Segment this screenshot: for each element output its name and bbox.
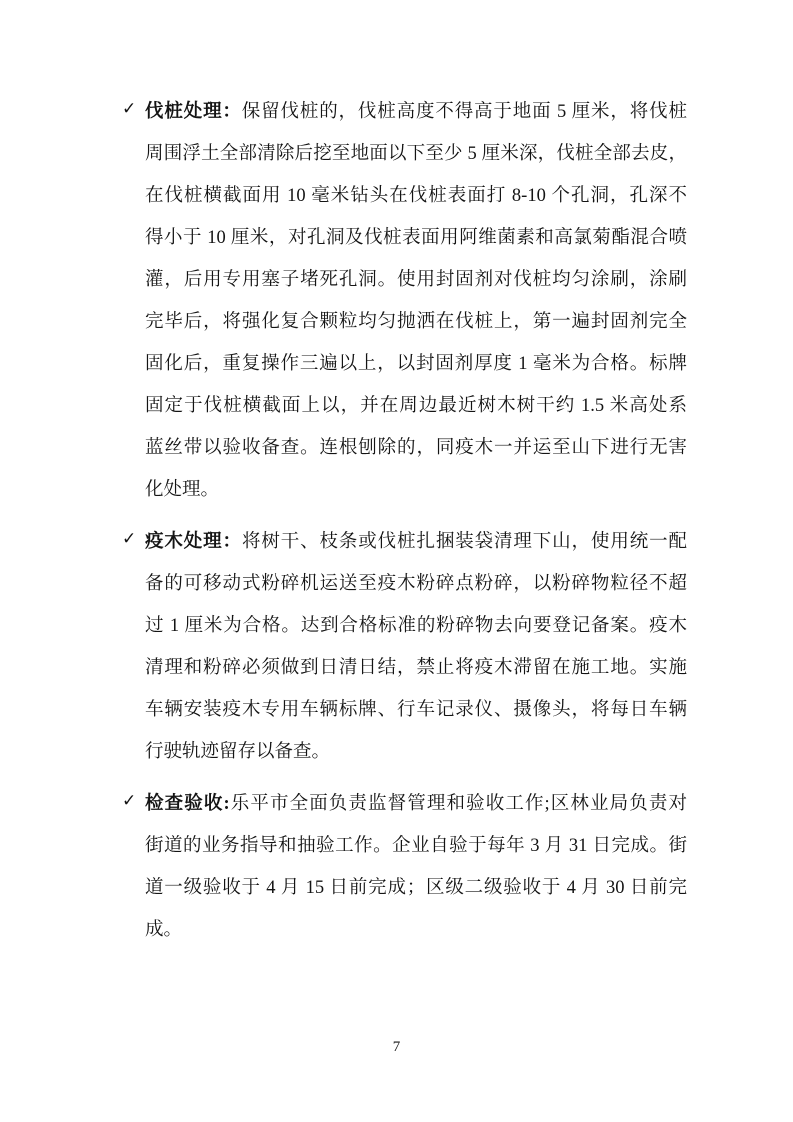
text-line: 道一级验收于 4 月 15 日前完成；区级二级验收于 4 月 30 日前完 <box>145 867 687 909</box>
text-run: 将树干、枝条或伐桩扎捆装袋清理下山，使用统一配 <box>242 532 687 552</box>
text-run: 乐平市全面负责监督管理和验收工作;区林业局负责对 <box>230 794 687 814</box>
text-line: 周围浮土全部清除后挖至地面以下至少 5 厘米深，伐桩全部去皮， <box>145 133 687 175</box>
list-item: ✓ 检查验收:乐平市全面负责监督管理和验收工作;区林业局负责对 街道的业务指导和… <box>0 783 793 951</box>
list-item-text: 伐桩处理：保留伐桩的，伐桩高度不得高于地面 5 厘米，将伐桩 周围浮土全部清除后… <box>145 91 687 511</box>
check-icon: ✓ <box>122 531 136 548</box>
text-line: 蓝丝带以验收备查。连根刨除的，同疫木一并运至山下进行无害 <box>145 427 687 469</box>
text-line: 化处理。 <box>145 469 687 511</box>
list-item-heading: 检查验收: <box>145 794 230 814</box>
text-line: 固定于伐桩横截面上以，并在周边最近树木树干约 1.5 米高处系 <box>145 385 687 427</box>
check-icon: ✓ <box>122 793 136 810</box>
text-line: 过 1 厘米为合格。达到合格标准的粉碎物去向要登记备案。疫木 <box>145 605 687 647</box>
list-item: ✓ 疫木处理：将树干、枝条或伐桩扎捆装袋清理下山，使用统一配 备的可移动式粉碎机… <box>0 521 793 773</box>
list-item-text: 疫木处理：将树干、枝条或伐桩扎捆装袋清理下山，使用统一配 备的可移动式粉碎机运送… <box>145 521 687 773</box>
text-run: 保留伐桩的，伐桩高度不得高于地面 5 厘米，将伐桩 <box>242 102 687 122</box>
list-item-heading: 伐桩处理： <box>145 102 242 122</box>
list-item: ✓ 伐桩处理：保留伐桩的，伐桩高度不得高于地面 5 厘米，将伐桩 周围浮土全部清… <box>0 91 793 511</box>
text-line: 完毕后，将强化复合颗粒均匀抛洒在伐桩上，第一遍封固剂完全 <box>145 301 687 343</box>
text-line: 得小于 10 厘米，对孔洞及伐桩表面用阿维菌素和高氯菊酯混合喷 <box>145 217 687 259</box>
page-content: ✓ 伐桩处理：保留伐桩的，伐桩高度不得高于地面 5 厘米，将伐桩 周围浮土全部清… <box>0 91 793 961</box>
text-line: 备的可移动式粉碎机运送至疫木粉碎点粉碎，以粉碎物粒径不超 <box>145 563 687 605</box>
document-page: ✓ 伐桩处理：保留伐桩的，伐桩高度不得高于地面 5 厘米，将伐桩 周围浮土全部清… <box>0 0 793 1122</box>
text-line: 检查验收:乐平市全面负责监督管理和验收工作;区林业局负责对 <box>145 783 687 825</box>
text-line: 疫木处理：将树干、枝条或伐桩扎捆装袋清理下山，使用统一配 <box>145 521 687 563</box>
check-icon: ✓ <box>122 101 136 118</box>
list-item-text: 检查验收:乐平市全面负责监督管理和验收工作;区林业局负责对 街道的业务指导和抽验… <box>145 783 687 951</box>
text-line: 清理和粉碎必须做到日清日结，禁止将疫木滞留在施工地。实施 <box>145 647 687 689</box>
text-line: 行驶轨迹留存以备查。 <box>145 731 687 773</box>
page-number: 7 <box>0 1038 793 1056</box>
text-line: 成。 <box>145 909 687 951</box>
text-line: 在伐桩横截面用 10 毫米钻头在伐桩表面打 8-10 个孔洞，孔深不 <box>145 175 687 217</box>
text-line: 伐桩处理：保留伐桩的，伐桩高度不得高于地面 5 厘米，将伐桩 <box>145 91 687 133</box>
text-line: 固化后，重复操作三遍以上，以封固剂厚度 1 毫米为合格。标牌 <box>145 343 687 385</box>
text-line: 车辆安装疫木专用车辆标牌、行车记录仪、摄像头，将每日车辆 <box>145 689 687 731</box>
text-line: 街道的业务指导和抽验工作。企业自验于每年 3 月 31 日完成。街 <box>145 825 687 867</box>
text-line: 灌，后用专用塞子堵死孔洞。使用封固剂对伐桩均匀涂刷，涂刷 <box>145 259 687 301</box>
list-item-heading: 疫木处理： <box>145 532 242 552</box>
